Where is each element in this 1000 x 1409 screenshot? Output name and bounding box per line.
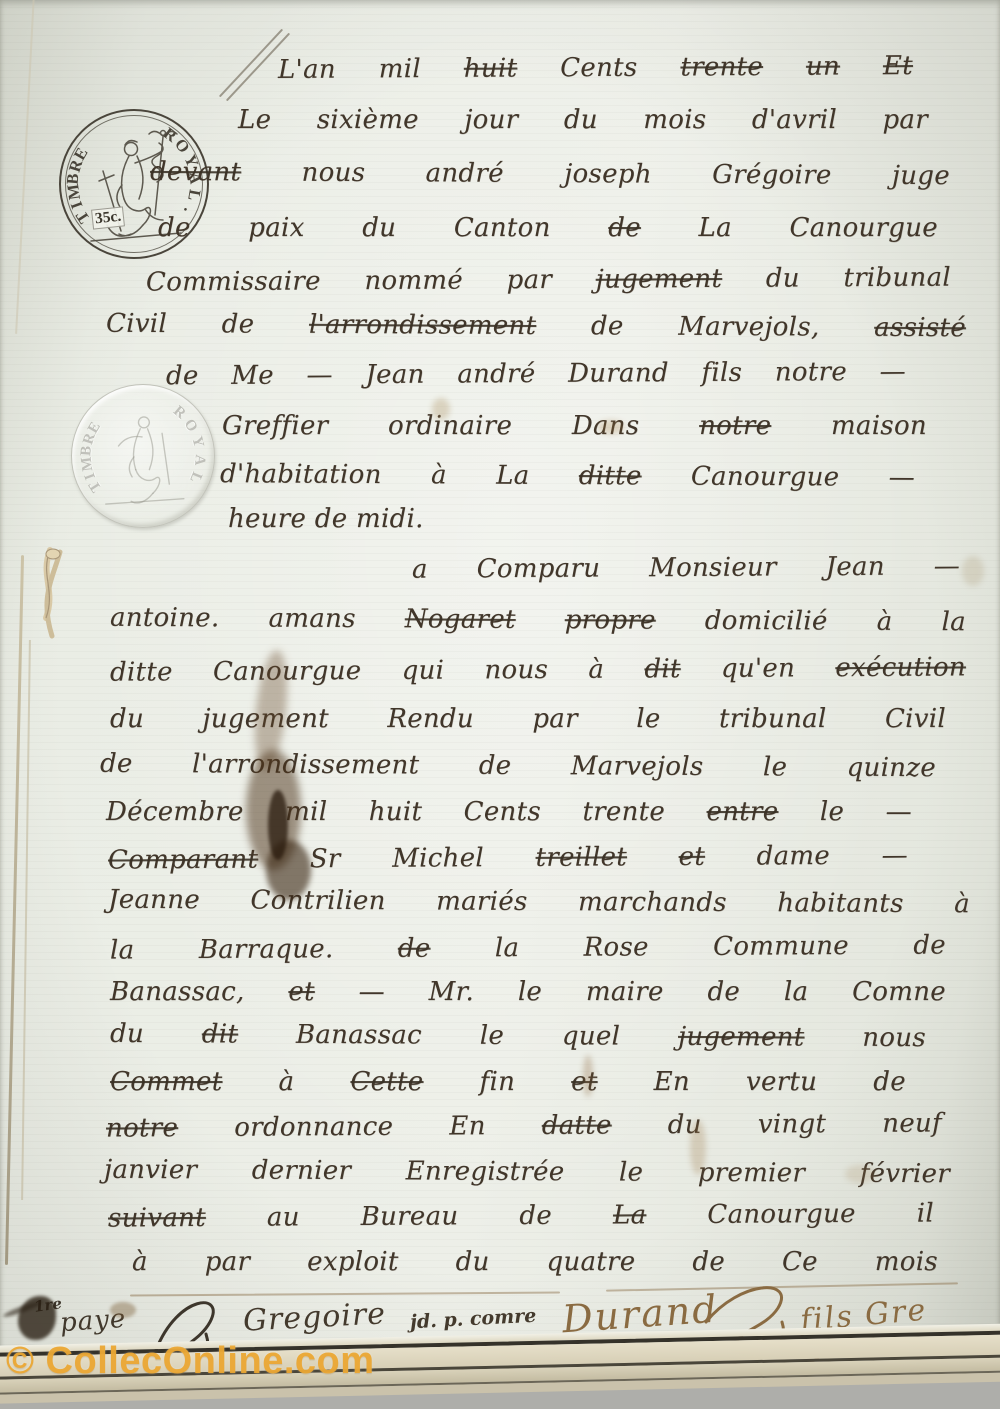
- manuscript-word: domicilié: [705, 606, 828, 637]
- manuscript-word: de: [519, 1201, 552, 1231]
- manuscript-word: Et: [883, 51, 913, 81]
- manuscript-word: Cette: [350, 1067, 423, 1097]
- manuscript-word: tribunal: [719, 704, 827, 734]
- manuscript-word: le: [820, 797, 844, 827]
- manuscript-word: Canourgue: [790, 213, 938, 243]
- manuscript-word: mil: [379, 54, 421, 84]
- manuscript-word: nous: [301, 158, 365, 188]
- manuscript-line: Greffier ordinaire Dans notre maison: [222, 410, 927, 443]
- manuscript-word: —: [882, 841, 908, 871]
- manuscript-word: notre: [699, 411, 771, 441]
- manuscript-word: quel: [562, 1021, 620, 1051]
- manuscript-line: L'an mil huit Cents trente un Et: [278, 50, 913, 86]
- manuscript-word: notre: [106, 1113, 178, 1143]
- manuscript-word: maire: [586, 977, 664, 1007]
- seated-figure-icon: [84, 397, 202, 515]
- manuscript-word: et: [288, 977, 314, 1007]
- collectonline-watermark: © CollecOnline.com: [6, 1340, 375, 1383]
- manuscript-word: Banassac: [296, 1020, 422, 1051]
- manuscript-word: Bureau: [361, 1201, 459, 1232]
- manuscript-word: nous: [484, 655, 548, 685]
- manuscript-word: de: [873, 1067, 906, 1097]
- manuscript-word: au: [267, 1202, 300, 1232]
- manuscript-word: à: [954, 889, 970, 919]
- manuscript-word: d'habitation: [220, 459, 382, 490]
- manuscript-word: et: [571, 1067, 597, 1097]
- manuscript-word: la: [495, 933, 520, 963]
- manuscript-word: il: [917, 1198, 934, 1228]
- manuscript-word: Cents: [560, 53, 638, 83]
- manuscript-line: de Me — Jean andré Durand fils notre —: [166, 356, 906, 393]
- manuscript-word: de: [479, 751, 512, 781]
- manuscript-word: jugement: [596, 264, 723, 295]
- manuscript-word: Comparant: [108, 845, 258, 876]
- manuscript-word: qui: [402, 656, 445, 686]
- manuscript-word: de: [315, 504, 348, 534]
- manuscript-word: l'arrondissement: [192, 749, 419, 780]
- manuscript-word: treillet: [535, 842, 627, 873]
- manuscript-word: Civil: [106, 309, 167, 339]
- manuscript-word: par: [507, 265, 553, 295]
- manuscript-word: Commune: [713, 931, 849, 962]
- manuscript-word: habitants: [777, 888, 904, 919]
- fee-note: paye: [59, 1304, 127, 1339]
- manuscript-word: à: [877, 607, 893, 637]
- manuscript-word: dernier: [252, 1156, 352, 1187]
- manuscript-line: notre ordonnance En datte du vingt neuf: [106, 1107, 942, 1145]
- manuscript-word: ditte: [110, 657, 173, 687]
- manuscript-word: exploit: [307, 1247, 399, 1277]
- manuscript-line: devant nous andré joseph Grégoire juge: [150, 156, 950, 193]
- manuscript-word: —: [880, 357, 906, 387]
- manuscript-word: Canourgue: [707, 1199, 856, 1230]
- manuscript-word: Canourgue: [213, 656, 362, 687]
- manuscript-word: a: [412, 555, 428, 585]
- manuscript-word: marchands: [578, 887, 727, 918]
- manuscript-word: jugement: [678, 1022, 805, 1053]
- manuscript-word: —: [306, 360, 332, 390]
- manuscript-word: jour: [464, 105, 518, 135]
- manuscript-word: Marvejols: [571, 751, 704, 782]
- manuscript-word: l'arrondissement: [309, 310, 536, 341]
- manuscript-line: la Barraque. de la Rose Commune de: [110, 929, 946, 967]
- manuscript-word: trente: [680, 52, 763, 83]
- manuscript-word: Mr.: [429, 977, 474, 1007]
- manuscript-word: Grégoire: [712, 160, 832, 191]
- manuscript-word: andré: [457, 359, 535, 389]
- manuscript-word: de: [398, 934, 431, 964]
- manuscript-word: maison: [831, 411, 927, 441]
- manuscript-line: de paix du Canton de La Canourgue: [158, 212, 938, 245]
- manuscript-word: la: [110, 935, 135, 965]
- manuscript-word: vertu: [746, 1067, 817, 1097]
- manuscript-word: le: [636, 704, 660, 734]
- manuscript-line: d'habitation à La ditte Canourgue —: [220, 458, 915, 494]
- manuscript-line: heure de midi.: [228, 503, 548, 536]
- manuscript-word: du: [766, 263, 800, 293]
- signature-gregoire: Gregoire: [242, 1296, 387, 1338]
- manuscript-word: Décembre: [106, 797, 244, 827]
- manuscript-word: par: [532, 704, 577, 734]
- manuscript-word: La: [496, 461, 530, 491]
- manuscript-word: nous: [862, 1023, 926, 1053]
- manuscript-word: jugement: [202, 704, 328, 734]
- manuscript-word: à: [132, 1247, 148, 1277]
- paper-fold-line: [15, 0, 35, 334]
- binding-thread-icon: [20, 546, 78, 646]
- manuscript-word: Jean: [365, 360, 424, 390]
- manuscript-word: L'an: [278, 55, 336, 85]
- manuscript-word: premier: [698, 1158, 806, 1189]
- manuscript-word: juge: [892, 161, 950, 191]
- manuscript-word: du: [110, 1019, 144, 1049]
- manuscript-word: neuf: [882, 1108, 942, 1138]
- manuscript-line: de l'arrondissement de Marvejols le quin…: [100, 748, 936, 785]
- manuscript-line: antoine. amans Nogaret propre domicilié …: [110, 602, 966, 639]
- manuscript-word: huit: [464, 53, 518, 83]
- manuscript-word: ditte: [579, 461, 642, 491]
- manuscript-word: Durand: [568, 358, 669, 389]
- manuscript-word: Nogaret: [405, 604, 516, 635]
- manuscript-word: huit: [369, 797, 422, 827]
- manuscript-word: de: [158, 213, 191, 243]
- manuscript-word: Jean: [825, 552, 884, 582]
- manuscript-word: de: [100, 749, 133, 779]
- manuscript-word: Marvejols,: [678, 312, 819, 343]
- manuscript-word: vingt: [758, 1109, 827, 1139]
- manuscript-word: Sr: [310, 844, 341, 874]
- stamp-value: 35c.: [91, 206, 125, 229]
- manuscript-word: du: [456, 1247, 490, 1277]
- manuscript-word: Contrilien: [250, 885, 385, 916]
- manuscript-word: fils: [701, 358, 742, 388]
- manuscript-word: un: [806, 52, 840, 82]
- manuscript-word: heure: [228, 504, 306, 534]
- manuscript-word: de: [591, 311, 624, 341]
- manuscript-word: mois: [875, 1247, 938, 1277]
- manuscript-word: En: [449, 1111, 486, 1141]
- manuscript-word: du: [362, 213, 396, 243]
- manuscript-word: la: [784, 977, 808, 1007]
- manuscript-word: nommé: [364, 266, 463, 297]
- manuscript-word: Commet: [110, 1067, 223, 1097]
- manuscript-word: Jeanne: [108, 885, 200, 915]
- manuscript-line: Commissaire nommé par jugement du tribun…: [146, 262, 951, 299]
- manuscript-line: Décembre mil huit Cents trente entre le …: [106, 796, 912, 829]
- manuscript-word: d'avril: [752, 105, 837, 135]
- manuscript-word: notre: [775, 357, 847, 387]
- manuscript-line: du dit Banassac le quel jugement nous: [110, 1018, 926, 1055]
- manuscript-line: Banassac, et — Mr. le maire de la Comne: [110, 976, 946, 1009]
- manuscript-word: ordonnance: [234, 1112, 393, 1143]
- manuscript-word: assisté: [874, 313, 966, 343]
- manuscript-word: amans: [268, 604, 355, 634]
- manuscript-line: janvier dernier Enregistrée le premier f…: [104, 1154, 950, 1191]
- manuscript-word: —: [889, 463, 915, 493]
- manuscript-word: Dans: [572, 411, 640, 441]
- manuscript-line: Commet à Cette fin et En vertu de: [110, 1066, 906, 1099]
- manuscript-word: —: [886, 797, 912, 827]
- manuscript-word: devant: [150, 157, 241, 187]
- manuscript-word: La: [613, 1200, 647, 1230]
- manuscript-line: ditte Canourgue qui nous à dit qu'en exé…: [110, 651, 966, 689]
- manuscript-word: mil: [285, 797, 327, 827]
- manuscript-word: antoine.: [110, 603, 220, 634]
- manuscript-word: Greffier: [222, 411, 328, 441]
- manuscript-line: Comparant Sr Michel treillet et dame —: [108, 840, 908, 877]
- manuscript-word: de: [707, 977, 740, 1007]
- manuscript-word: midi.: [356, 504, 424, 534]
- manuscript-word: quatre: [547, 1247, 636, 1277]
- manuscript-word: du: [564, 105, 598, 135]
- manuscript-word: —: [359, 977, 385, 1007]
- manuscript-word: par: [882, 105, 927, 135]
- manuscript-word: Comparu: [477, 554, 601, 585]
- manuscript-word: janvier: [104, 1155, 197, 1185]
- manuscript-word: trente: [582, 797, 665, 827]
- manuscript-line: Civil de l'arrondissement de Marvejols, …: [106, 308, 966, 345]
- manuscript-word: de: [166, 361, 199, 391]
- manuscript-word: entre: [707, 797, 779, 827]
- manuscript-word: Civil: [885, 704, 946, 734]
- manuscript-word: Cents: [464, 797, 541, 827]
- manuscript-word: Rose: [583, 932, 648, 962]
- embossed-seal: TIMBREROYAL: [71, 384, 215, 528]
- manuscript-word: le: [480, 1021, 504, 1051]
- manuscript-word: et: [678, 842, 705, 872]
- manuscript-word: Commissaire: [146, 266, 321, 297]
- manuscript-word: du: [110, 704, 144, 734]
- manuscript-word: février: [860, 1159, 951, 1189]
- manuscript-word: Rendu: [387, 704, 474, 734]
- manuscript-word: Enregistrée: [406, 1156, 565, 1187]
- manuscript-word: fin: [480, 1067, 516, 1097]
- manuscript-word: de: [608, 213, 641, 243]
- manuscript-word: Michel: [392, 843, 484, 874]
- manuscript-word: à: [279, 1067, 295, 1097]
- manuscript-word: de: [913, 930, 946, 960]
- manuscript-word: Barraque.: [199, 934, 334, 965]
- manuscript-line: du jugement Rendu par le tribunal Civil: [110, 703, 946, 736]
- manuscript-word: —: [934, 551, 960, 581]
- manuscript-word: datte: [542, 1110, 612, 1140]
- manuscript-word: exécution: [835, 652, 966, 683]
- manuscript-word: En: [654, 1067, 690, 1097]
- scanned-document: TIMBREROYAL. 35c.: [0, 0, 1000, 1409]
- manuscript-word: du: [668, 1110, 702, 1140]
- manuscript-word: Canourgue: [691, 462, 840, 493]
- manuscript-word: mariés: [436, 886, 528, 916]
- manuscript-word: mois: [643, 105, 706, 135]
- manuscript-word: sixième: [317, 105, 419, 135]
- manuscript-word: à: [588, 655, 604, 685]
- manuscript-word: la: [941, 607, 966, 637]
- manuscript-line: suivant au Bureau de La Canourgue il: [108, 1197, 934, 1235]
- manuscript-word: dit: [644, 654, 680, 684]
- manuscript-word: suivant: [108, 1203, 206, 1234]
- manuscript-word: qu'en: [721, 653, 795, 683]
- manuscript-word: Me: [231, 361, 274, 391]
- manuscript-word: Canton: [454, 213, 551, 243]
- manuscript-word: dit: [202, 1019, 238, 1049]
- manuscript-word: le: [518, 977, 542, 1007]
- manuscript-line: a Comparu Monsieur Jean —: [412, 550, 960, 586]
- manuscript-word: tribunal: [843, 263, 951, 294]
- manuscript-line: Le sixième jour du mois d'avril par: [238, 104, 928, 137]
- manuscript-word: Comne: [852, 977, 946, 1007]
- manuscript-word: Monsieur: [649, 552, 777, 583]
- manuscript-word: La: [699, 213, 732, 243]
- manuscript-word: de: [222, 309, 255, 339]
- manuscript-word: quinze: [847, 753, 936, 783]
- manuscript-word: le: [619, 1157, 643, 1187]
- manuscript-word: dame: [757, 841, 831, 871]
- manuscript-word: Le: [238, 105, 271, 135]
- manuscript-word: propre: [565, 605, 656, 635]
- manuscript-word: paix: [248, 213, 304, 243]
- manuscript-word: par: [205, 1247, 250, 1277]
- manuscript-word: ordinaire: [388, 411, 512, 441]
- manuscript-line: Jeanne Contrilien mariés marchands habit…: [108, 884, 970, 921]
- manuscript-word: joseph: [564, 159, 652, 189]
- manuscript-word: à: [431, 460, 447, 490]
- manuscript-word: le: [763, 752, 787, 782]
- manuscript-word: Banassac,: [110, 977, 245, 1007]
- manuscript-word: andré: [426, 158, 504, 188]
